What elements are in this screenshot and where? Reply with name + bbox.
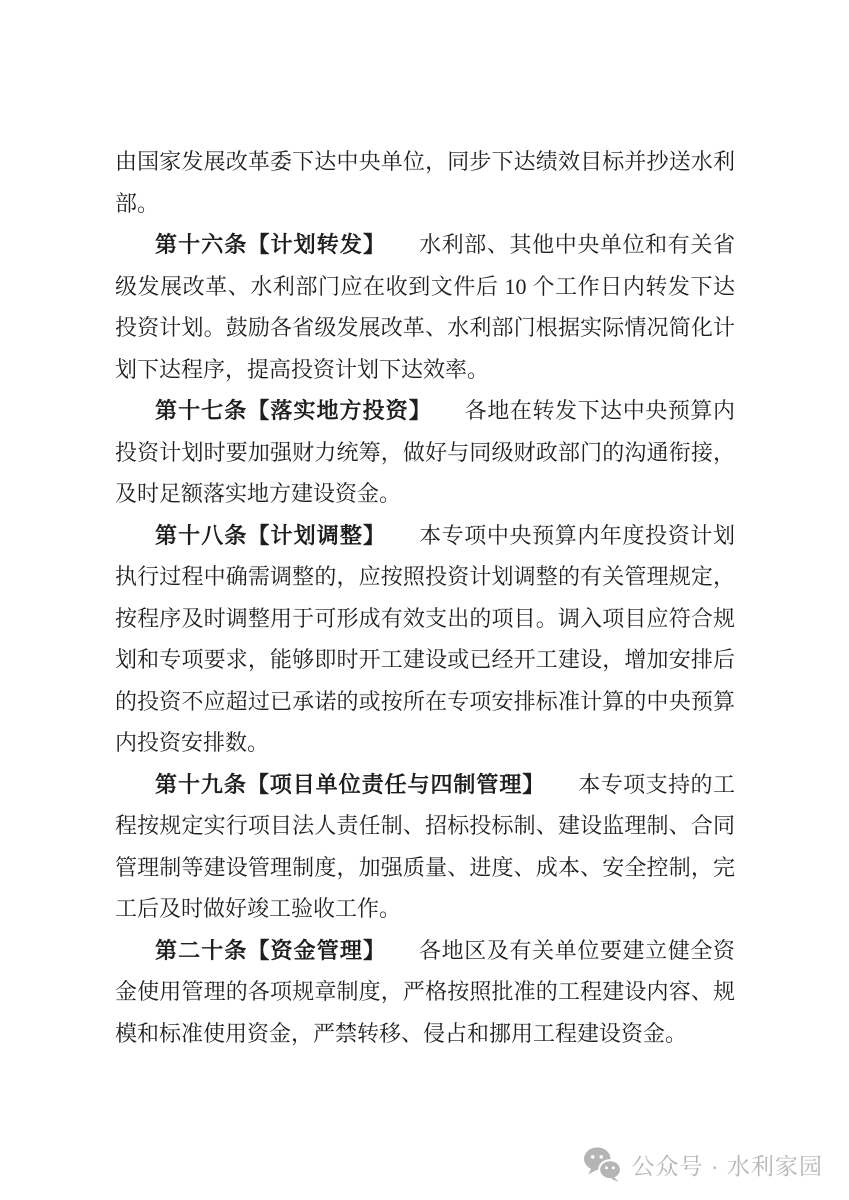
article-heading: 第十七条【落实地方投资】 [155,398,432,423]
article-heading: 第十六条【计划转发】 [155,232,386,257]
paragraph-text: 由国家发展改革委下达中央单位，同步下达绩效目标并抄送水利部。 [115,149,735,216]
document-page: 由国家发展改革委下达中央单位，同步下达绩效目标并抄送水利部。 第十六条【计划转发… [0,0,849,1200]
paragraph: 第十八条【计划调整】本专项中央预算内年度投资计划执行过程中确需调整的，应按照投资… [115,515,735,764]
paragraph: 第十七条【落实地方投资】各地在转发下达中央预算内投资计划时要加强财力统筹，做好与… [115,390,735,515]
wechat-icon [583,1146,621,1182]
watermark-label: 公众号 · 水利家园 [632,1148,823,1181]
paragraph-text: 本专项中央预算内年度投资计划执行过程中确需调整的，应按照投资计划调整的有关管理规… [115,523,735,756]
document-body: 由国家发展改革委下达中央单位，同步下达绩效目标并抄送水利部。 第十六条【计划转发… [115,141,735,1054]
paragraph: 第十六条【计划转发】水利部、其他中央单位和有关省级发展改革、水利部门应在收到文件… [115,224,735,390]
watermark: 公众号 · 水利家园 [583,1146,823,1182]
article-heading: 第十九条【项目单位责任与四制管理】 [155,772,545,797]
article-heading: 第二十条【资金管理】 [155,938,386,963]
article-heading: 第十八条【计划调整】 [155,523,386,548]
paragraph: 由国家发展改革委下达中央单位，同步下达绩效目标并抄送水利部。 [115,141,735,224]
paragraph: 第二十条【资金管理】各地区及有关单位要建立健全资金使用管理的各项规章制度，严格按… [115,930,735,1055]
paragraph: 第十九条【项目单位责任与四制管理】本专项支持的工程按规定实行项目法人责任制、招标… [115,764,735,930]
